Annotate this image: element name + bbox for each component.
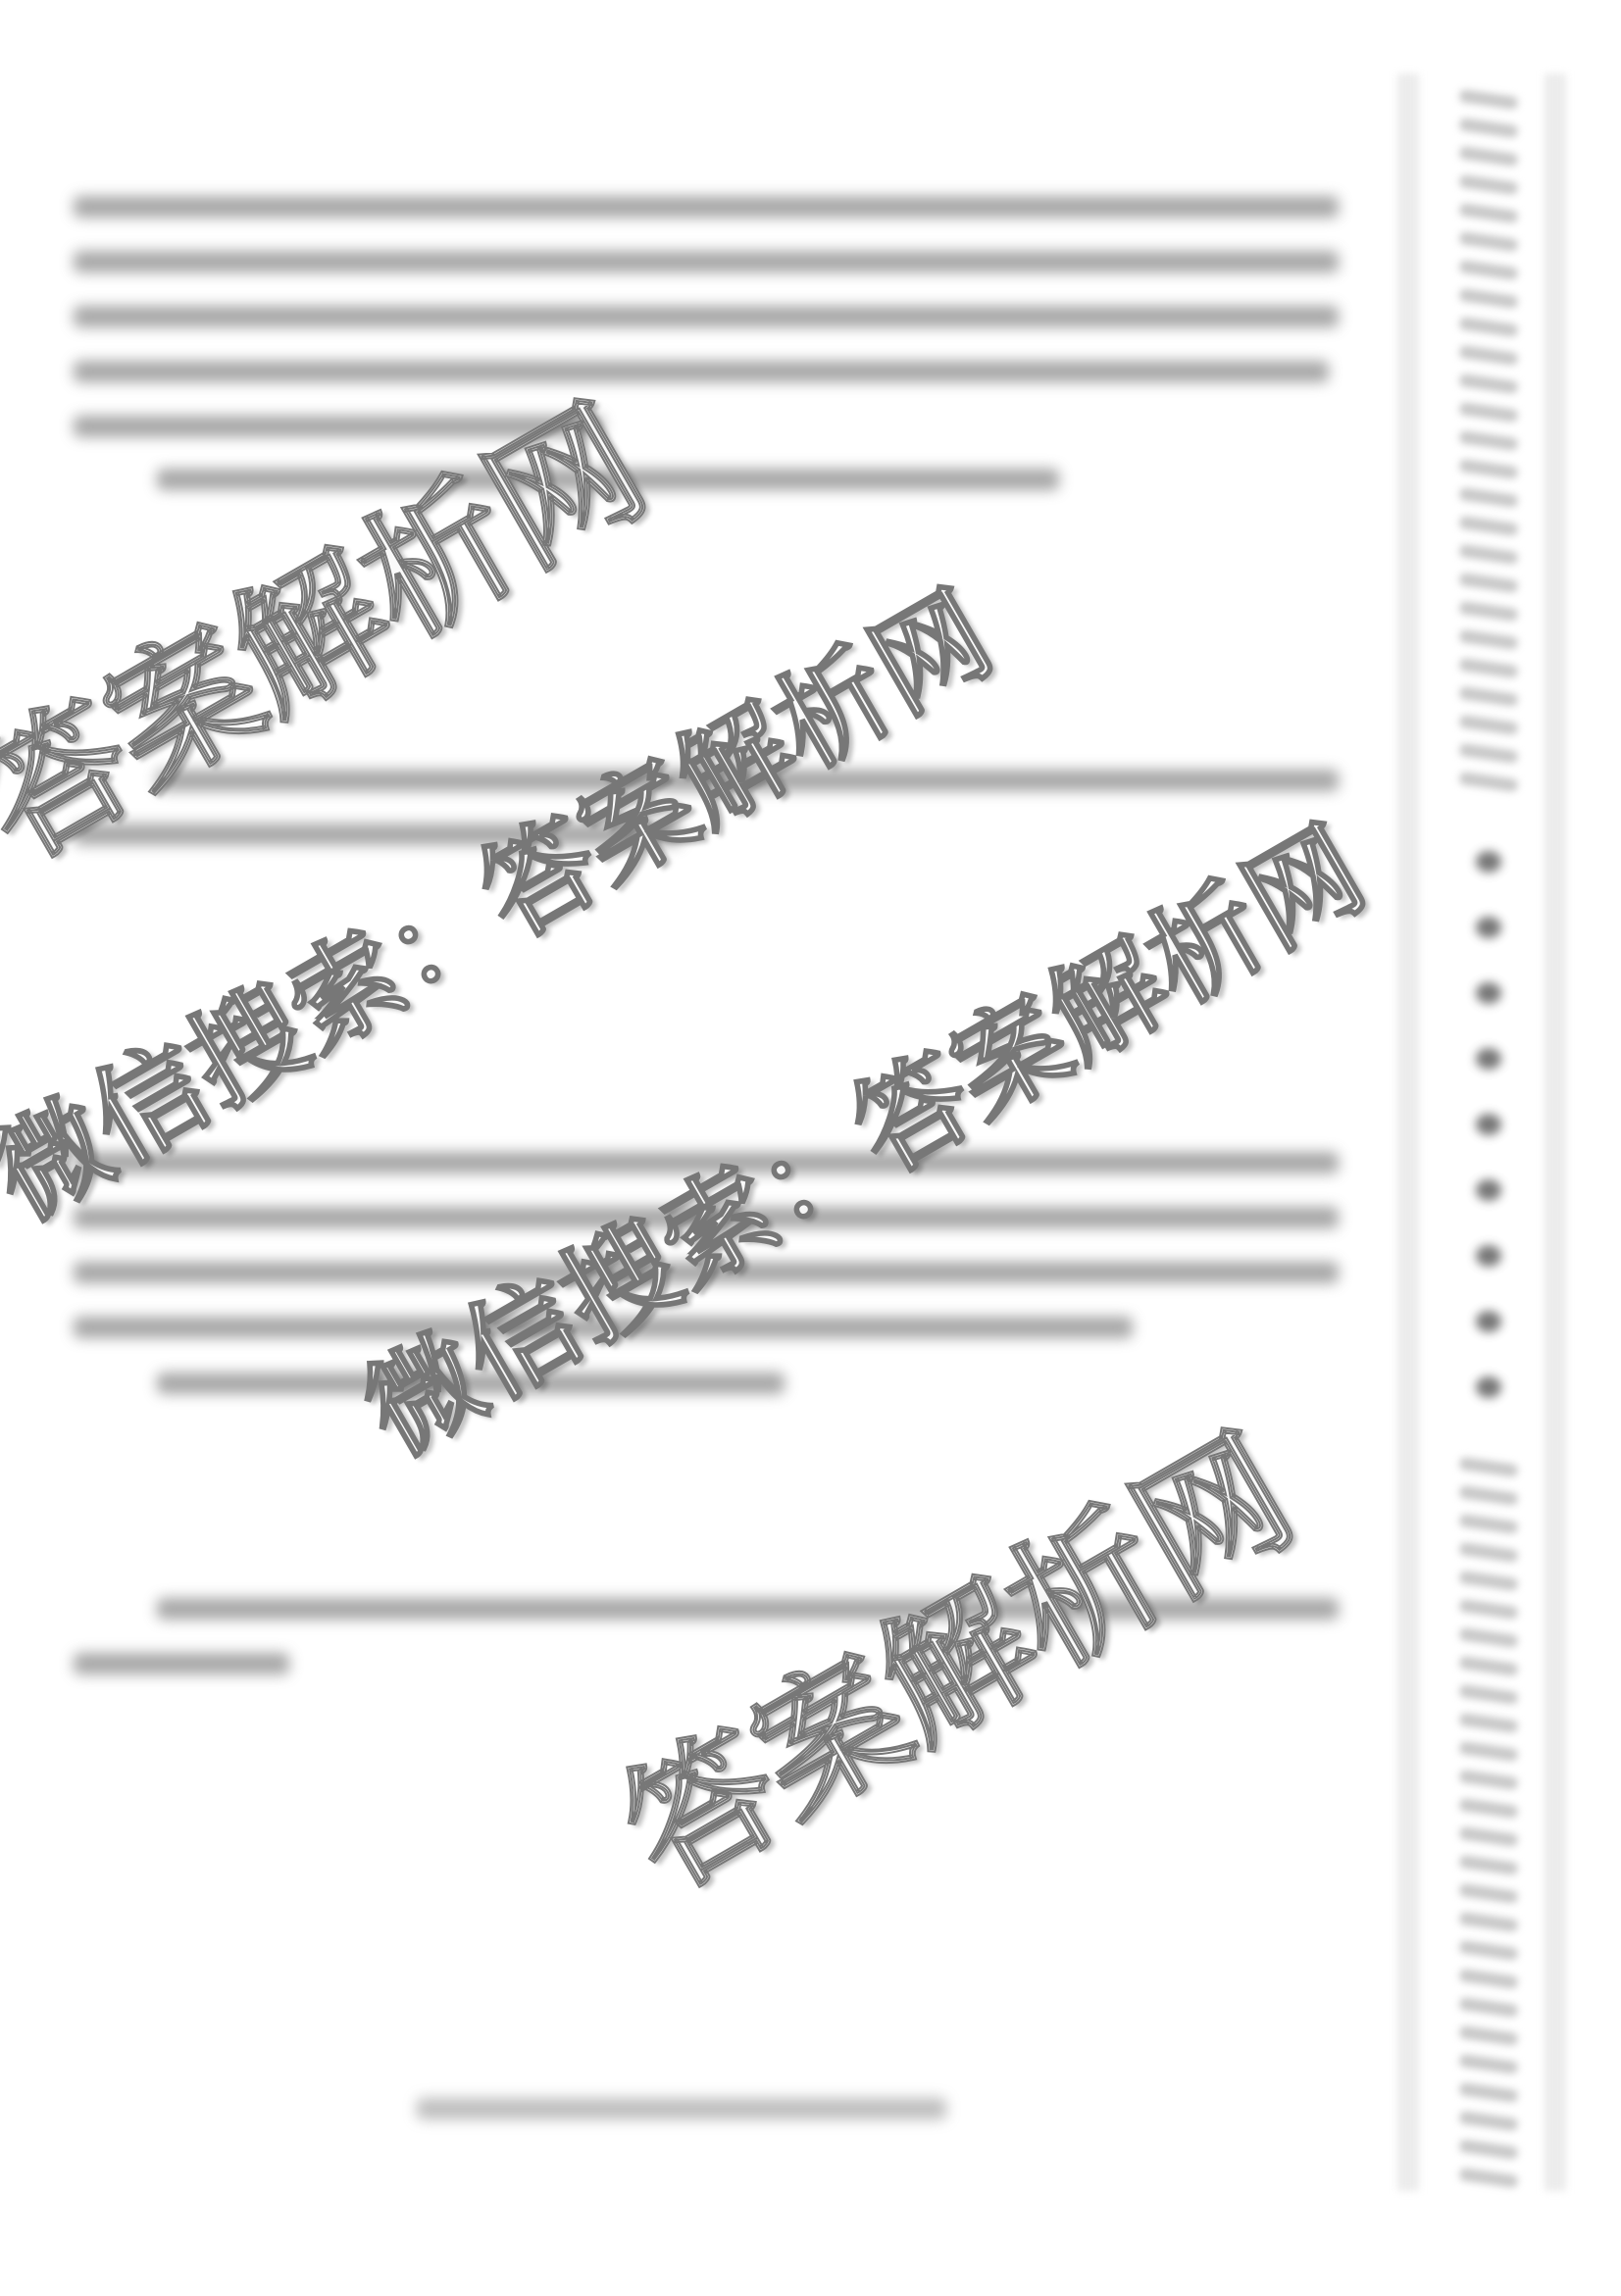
binding-dash [1458,1485,1518,1506]
binding-dash [1458,374,1518,394]
binding-dash [1458,1798,1518,1819]
text-line [74,361,1329,382]
binding-dash [1458,487,1518,508]
page-footer [417,2098,946,2120]
binding-dash [1458,686,1518,707]
binding-dash [1458,1656,1518,1676]
binding-dash [1458,1713,1518,1733]
binding-dash [1458,260,1518,280]
binding-hole [1476,1311,1501,1332]
question-4-line [74,1653,289,1674]
binding-dash [1458,1855,1518,1875]
binding-dash [1458,544,1518,565]
binding-dash [1458,629,1518,650]
binding-hole [1476,1376,1501,1398]
binding-dash [1458,1684,1518,1705]
binding-hole [1476,982,1501,1004]
binding-dash [1458,231,1518,252]
binding-dash [1458,573,1518,593]
binding-dash [1458,1741,1518,1762]
binding-dash [1458,772,1518,792]
binding-dash [1458,1542,1518,1563]
watermark-brand: 答案解析网 [581,1376,1324,1927]
binding-dash [1458,743,1518,764]
binding-dash [1458,658,1518,678]
binding-hole [1476,1245,1501,1267]
binding-dash [1458,1571,1518,1591]
margin-rule-right [1545,74,1566,2191]
binding-dash [1458,601,1518,622]
binding-dash [1458,317,1518,337]
binding-dash [1458,459,1518,479]
binding-dash [1458,402,1518,423]
binding-dash [1458,1940,1518,1961]
binding-dash [1458,430,1518,451]
binding-dash [1458,2111,1518,2131]
binding-dash [1458,1997,1518,2018]
binding-dash [1458,2025,1518,2046]
binding-hole [1476,917,1501,938]
binding-dash [1458,89,1518,110]
binding-dash [1458,1883,1518,1904]
binding-dash [1458,1826,1518,1847]
margin-rule-left [1397,74,1419,2191]
text-line [74,196,1339,218]
binding-hole [1476,1114,1501,1135]
binding-dash [1458,1514,1518,1534]
binding-dash [1458,2082,1518,2103]
binding-dash [1458,146,1518,167]
binding-dash [1458,1599,1518,1620]
binding-dash [1458,516,1518,536]
binding-dash [1458,345,1518,366]
binding-dash [1458,715,1518,735]
binding-dash [1458,203,1518,224]
text-line [74,306,1339,327]
text-line [74,251,1339,273]
binding-hole [1476,851,1501,873]
binding-dash [1458,288,1518,309]
binding-dash [1458,1770,1518,1790]
binding-dash [1458,118,1518,138]
binding-dash [1458,2168,1518,2188]
binding-dash [1458,2054,1518,2074]
binding-dash [1458,2139,1518,2160]
binding-hole [1476,1179,1501,1201]
binding-dash [1458,1912,1518,1932]
binding-dash [1458,1457,1518,1477]
binding-dash [1458,175,1518,195]
binding-hole [1476,1048,1501,1070]
binding-dash [1458,1627,1518,1648]
binding-dash [1458,1969,1518,1989]
